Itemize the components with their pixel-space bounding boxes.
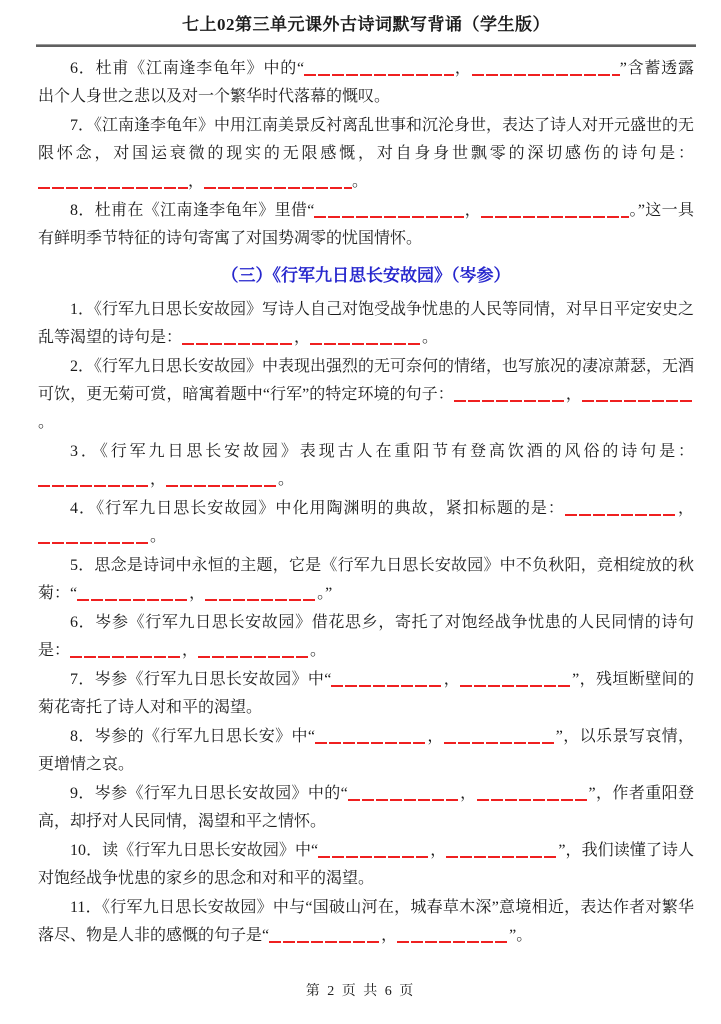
question-text: ， <box>454 60 472 77</box>
answer-blank <box>315 729 427 744</box>
question-paragraph-6: 6．杜甫《江南逢李龟年》中的“，”含蓄透露出个人身世之悲以及对一个繁华时代落幕的… <box>38 55 694 111</box>
answer-blank <box>269 928 381 943</box>
question-text: ， <box>430 842 446 859</box>
answer-blank <box>582 387 694 402</box>
question-text: 4．《行军九日思长安故园》中化用陶渊明的典故，紧扣标题的是： <box>70 500 565 517</box>
question-area: 6．杜甫《江南逢李龟年》中的“，”含蓄透露出个人身世之悲以及对一个繁华时代落幕的… <box>38 55 694 950</box>
answer-blank <box>70 643 182 658</box>
answer-blank <box>77 586 189 601</box>
header-rule <box>36 44 696 47</box>
answer-blank <box>397 928 509 943</box>
question-text: 。 <box>38 414 54 431</box>
answer-blank <box>38 529 150 544</box>
answer-blank <box>314 203 464 218</box>
document-page: 七上02第三单元课外古诗词默写背诵（学生版） 6．杜甫《江南逢李龟年》中的“，”… <box>38 12 694 951</box>
question-text: 8．杜甫在《江南逢李龟年》里借“ <box>70 202 314 219</box>
answer-blank <box>38 472 150 487</box>
question-text: 。 <box>352 173 368 190</box>
question-text: ， <box>566 386 582 403</box>
question-paragraph-6: 6．岑参《行军九日思长安故园》借花思乡，寄托了对饱经战争忧患的人民同情的诗句是：… <box>38 609 694 665</box>
question-paragraph-8: 8．岑参的《行军九日思长安》中“，”，以乐景写哀情，更增情之哀。 <box>38 723 694 779</box>
question-paragraph-7: 7．岑参《行军九日思长安故园》中“，”，残垣断壁间的菊花寄托了诗人对和平的渴望。 <box>38 666 694 722</box>
answer-blank <box>318 843 430 858</box>
answer-blank <box>331 672 443 687</box>
question-text: 。 <box>310 642 326 659</box>
answer-blank <box>472 61 620 76</box>
question-text: 7．《江南逢李龟年》中用江南美景反衬离乱世事和沉沦身世，表达了诗人对开元盛世的无… <box>38 117 694 162</box>
answer-blank <box>182 330 294 345</box>
question-paragraph-4: 4．《行军九日思长安故园》中化用陶渊明的典故，紧扣标题的是：，。 <box>38 495 694 551</box>
question-text: 。 <box>278 471 294 488</box>
question-text: 8．岑参的《行军九日思长安》中“ <box>70 728 315 745</box>
question-text: ， <box>460 785 477 802</box>
question-text: ， <box>182 642 198 659</box>
answer-blank <box>166 472 278 487</box>
question-text: 10．读《行军九日思长安故园》中“ <box>70 842 318 859</box>
question-text: ， <box>189 585 205 602</box>
answer-blank <box>198 643 310 658</box>
question-text: ， <box>443 671 460 688</box>
answer-blank <box>446 843 558 858</box>
answer-blank <box>304 61 454 76</box>
question-text: 。 <box>150 528 166 545</box>
question-paragraph-1: 1．《行军九日思长安故园》写诗人自己对饱受战争忧患的人民等同情，对早日平定安史之… <box>38 296 694 352</box>
question-paragraph-5: 5．思念是诗词中永恒的主题，它是《行军九日思长安故园》中不负秋阳，竞相绽放的秋菊… <box>38 552 694 608</box>
answer-blank <box>481 203 629 218</box>
question-text: ， <box>677 500 694 517</box>
question-paragraph-11: 11．《行军九日思长安故园》中与“国破山河在，城春草木深”意境相近，表达作者对繁… <box>38 894 694 950</box>
question-text: 9．岑参《行军九日思长安故园》中的“ <box>70 785 348 802</box>
answer-blank <box>454 387 566 402</box>
question-paragraph-7: 7．《江南逢李龟年》中用江南美景反衬离乱世事和沉沦身世，表达了诗人对开元盛世的无… <box>38 112 694 196</box>
answer-blank <box>348 786 460 801</box>
question-paragraph-9: 9．岑参《行军九日思长安故园》中的“，”，作者重阳登高，却抒对人民同情，渴望和平… <box>38 780 694 836</box>
answer-blank <box>310 330 422 345</box>
question-text: ”。 <box>509 927 532 944</box>
question-paragraph-2: 2．《行军九日思长安故园》中表现出强烈的无可奈何的情绪，也写旅况的凄凉萧瑟，无酒… <box>38 353 694 437</box>
question-text: 6．杜甫《江南逢李龟年》中的“ <box>70 60 304 77</box>
answer-blank <box>477 786 589 801</box>
answer-blank <box>205 586 317 601</box>
answer-blank <box>565 501 677 516</box>
question-text: ， <box>294 329 310 346</box>
question-text: ， <box>188 173 204 190</box>
question-text: ， <box>381 927 397 944</box>
question-text: 3．《行军九日思长安故园》表现古人在重阳节有登高饮酒的风俗的诗句是： <box>70 443 694 460</box>
question-text: ， <box>427 728 444 745</box>
question-text: 。 <box>422 329 438 346</box>
answer-blank <box>38 174 188 189</box>
question-text: 7．岑参《行军九日思长安故园》中“ <box>70 671 331 688</box>
section-heading: （三）《行军九日思长安故园》（岑参） <box>38 262 694 290</box>
question-paragraph-8: 8．杜甫在《江南逢李龟年》里借“，。”这一具有鲜明季节特征的诗句寄寓了对国势凋零… <box>38 197 694 253</box>
question-text: ， <box>150 471 166 488</box>
answer-blank <box>460 672 572 687</box>
question-text: ， <box>464 202 481 219</box>
answer-blank <box>444 729 556 744</box>
document-title: 七上02第三单元课外古诗词默写背诵（学生版） <box>38 12 694 38</box>
question-paragraph-10: 10．读《行军九日思长安故园》中“，”，我们读懂了诗人对饱经战争忧患的家乡的思念… <box>38 837 694 893</box>
question-text: 。” <box>317 585 332 602</box>
page-footer: 第 2 页 共 6 页 <box>0 980 721 1000</box>
answer-blank <box>204 174 352 189</box>
question-paragraph-3: 3．《行军九日思长安故园》表现古人在重阳节有登高饮酒的风俗的诗句是：，。 <box>38 438 694 494</box>
